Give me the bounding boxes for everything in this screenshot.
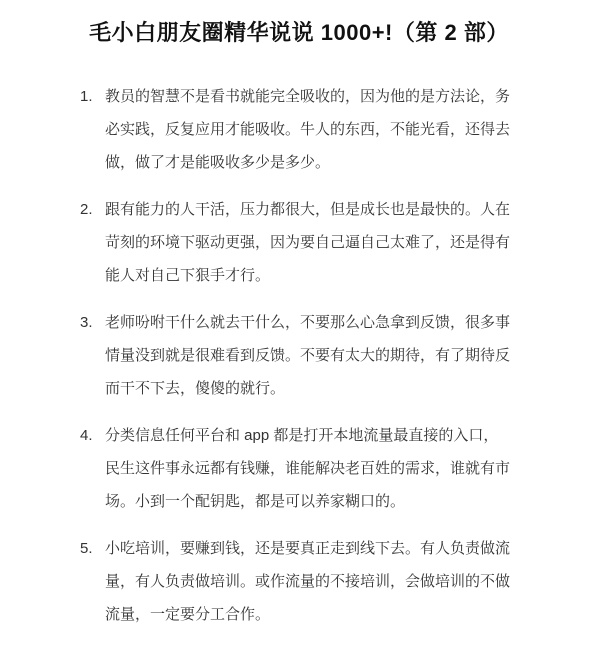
item-line: 老师吩咐干什么就去干什么，不要那么心急拿到反馈，很多事	[105, 306, 528, 339]
item-line: 流量，一定要分工合作。	[105, 598, 528, 631]
item-line: 情量没到就是很难看到反馈。不要有太大的期待，有了期待反	[105, 339, 528, 372]
item-line: 民生这件事永远都有钱赚，谁能解决老百姓的需求，谁就有市	[105, 452, 528, 485]
item-line: 做，做了才是能吸收多少是多少。	[105, 146, 528, 179]
item-line: 跟有能力的人干活，压力都很大，但是成长也是最快的。人在	[105, 193, 528, 226]
item-text: 分类信息任何平台和 app 都是打开本地流量最直接的入口， 民生这件事永远都有钱…	[105, 419, 528, 518]
document-page: 毛小白朋友圈精华说说 1000+!（第 2 部） 1. 教员的智慧不是看书就能完…	[0, 0, 598, 664]
item-number: 1.	[80, 80, 105, 179]
item-number: 4.	[80, 419, 105, 518]
item-line: 量，有人负责做培训。或作流量的不接培训，会做培训的不做	[105, 565, 528, 598]
item-text: 跟有能力的人干活，压力都很大，但是成长也是最快的。人在 苛刻的环境下驱动更强，因…	[105, 193, 528, 292]
page-title: 毛小白朋友圈精华说说 1000+!（第 2 部）	[0, 0, 598, 48]
item-line: 而干不下去，傻傻的就行。	[105, 372, 528, 405]
item-line: 分类信息任何平台和 app 都是打开本地流量最直接的入口，	[105, 419, 528, 452]
item-number: 5.	[80, 532, 105, 631]
list-item: 1. 教员的智慧不是看书就能完全吸收的，因为他的是方法论，务 必实践，反复应用才…	[80, 80, 528, 179]
item-line: 必实践，反复应用才能吸收。牛人的东西，不能光看，还得去	[105, 113, 528, 146]
item-text: 老师吩咐干什么就去干什么，不要那么心急拿到反馈，很多事 情量没到就是很难看到反馈…	[105, 306, 528, 405]
item-line: 教员的智慧不是看书就能完全吸收的，因为他的是方法论，务	[105, 80, 528, 113]
list-item: 4. 分类信息任何平台和 app 都是打开本地流量最直接的入口， 民生这件事永远…	[80, 419, 528, 518]
quote-list: 1. 教员的智慧不是看书就能完全吸收的，因为他的是方法论，务 必实践，反复应用才…	[0, 80, 598, 631]
item-line: 能人对自己下狠手才行。	[105, 259, 528, 292]
list-item: 3. 老师吩咐干什么就去干什么，不要那么心急拿到反馈，很多事 情量没到就是很难看…	[80, 306, 528, 405]
list-item: 5. 小吃培训，要赚到钱，还是要真正走到线下去。有人负责做流 量，有人负责做培训…	[80, 532, 528, 631]
item-text: 教员的智慧不是看书就能完全吸收的，因为他的是方法论，务 必实践，反复应用才能吸收…	[105, 80, 528, 179]
item-number: 2.	[80, 193, 105, 292]
item-line: 场。小到一个配钥匙，都是可以养家糊口的。	[105, 485, 528, 518]
item-number: 3.	[80, 306, 105, 405]
list-item: 2. 跟有能力的人干活，压力都很大，但是成长也是最快的。人在 苛刻的环境下驱动更…	[80, 193, 528, 292]
item-text: 小吃培训，要赚到钱，还是要真正走到线下去。有人负责做流 量，有人负责做培训。或作…	[105, 532, 528, 631]
item-line: 苛刻的环境下驱动更强，因为要自己逼自己太难了，还是得有	[105, 226, 528, 259]
item-line: 小吃培训，要赚到钱，还是要真正走到线下去。有人负责做流	[105, 532, 528, 565]
